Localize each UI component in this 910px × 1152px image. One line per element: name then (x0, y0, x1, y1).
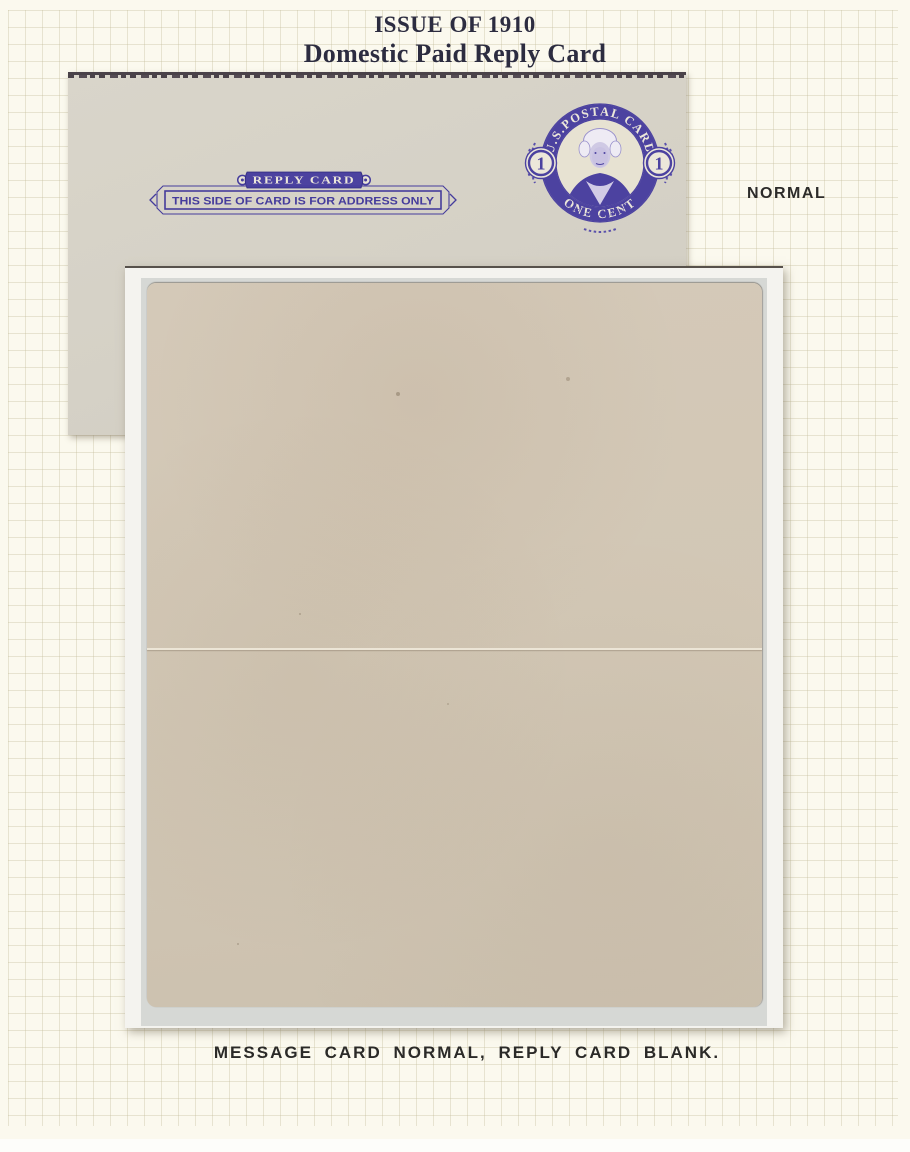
denomination-right: 1 (644, 148, 675, 179)
page-subtitle: Domestic Paid Reply Card (0, 39, 910, 69)
address-instruction-text: THIS SIDE OF CARD IS FOR ADDRESS ONLY (172, 196, 435, 208)
denomination-left-numeral: 1 (537, 154, 546, 174)
white-mount (125, 266, 783, 1028)
address-instruction-box: THIS SIDE OF CARD IS FOR ADDRESS ONLY (148, 184, 458, 216)
fold-line (147, 648, 762, 650)
denomination-right-numeral: 1 (655, 154, 664, 174)
denomination-left: 1 (526, 148, 557, 179)
torn-top-edge (68, 72, 686, 75)
caption: MESSAGE CARD NORMAL, REPLY CARD BLANK. (24, 1043, 910, 1063)
blank-message-reply-card (147, 283, 762, 1007)
postage-indicia-stamp: U.S.POSTAL CARD ONE CENT 1 1 MARTHA WASH… (518, 91, 682, 235)
normal-label: NORMAL (747, 185, 826, 203)
paper-specks (147, 283, 149, 285)
scan-edge-strip (0, 1139, 910, 1152)
page-title: ISSUE OF 1910 (0, 12, 910, 38)
album-page: ISSUE OF 1910 Domestic Paid Reply Card R… (0, 0, 910, 1152)
